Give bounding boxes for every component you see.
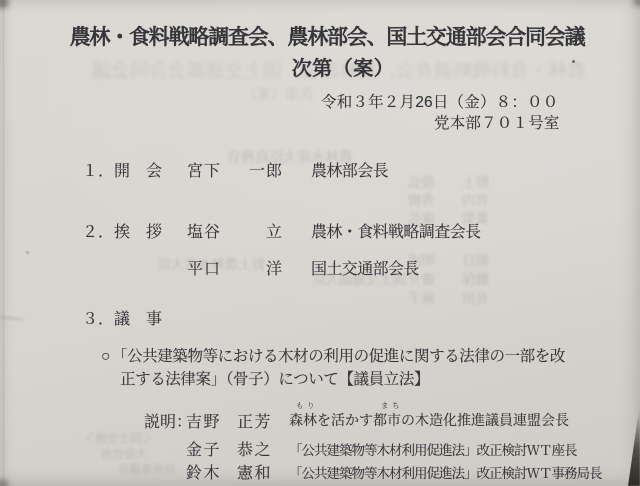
speaker-surname: 金子: [186, 437, 221, 460]
speaker-given-name: 恭之: [237, 437, 272, 460]
speaker-role: 「公共建築物等木材利用促進法」改正検討ＷＴ座長: [289, 439, 577, 459]
speaker-row-1: 説明： 吉野 正芳 森林を活かす都市の木造化推進議員連盟会長: [0, 409, 640, 431]
photo-corner-shadow: [0, 480, 8, 486]
meeting-venue: 党本部７０１号室: [434, 111, 560, 133]
bleed-through-text: 宮内 秀樹: [408, 189, 489, 209]
speaker-role: 「公共建築物等木材利用促進法」改正検討ＷＴ事務局長: [289, 462, 602, 482]
ink-speck: [572, 60, 575, 63]
paper-edge-line: [3, 0, 4, 486]
photo-corner-shadow: [0, 0, 8, 8]
agenda-number-label: ３．議 事: [82, 306, 162, 329]
speaker-given-name: 憲和: [237, 460, 272, 483]
agenda-row-greetings-2: 平口 洋 国土交通部会長: [0, 256, 640, 278]
speaker-row-2: 金子 恭之 「公共建築物等木材利用促進法」改正検討ＷＴ座長: [0, 437, 640, 459]
speakers-label: 説明：: [144, 409, 192, 432]
agenda-row-greetings: ２．挨 拶 塩谷 立 農林・食料戦略調査会長: [0, 219, 640, 241]
meeting-datetime: 令和３年２月26日（金）８：００: [321, 90, 558, 112]
agenda-number-label: １．開 会: [82, 158, 162, 181]
attendee-given-name: 洋: [233, 256, 283, 279]
attendee-role: 国土交通部会長: [311, 256, 419, 279]
attendee-role: 農林部会長: [311, 158, 388, 181]
speaker-given-name: 正芳: [237, 409, 272, 432]
motion-line-2: 正する法律案」（骨子）について【議員立法】: [120, 371, 429, 388]
agenda-row-proceedings: ３．議 事: [0, 306, 640, 328]
paper-speck: [26, 251, 29, 254]
attendee-surname: 塩谷: [187, 219, 221, 242]
attendee-role: 農林・食料戦略調査会長: [311, 219, 480, 242]
circle-bullet-icon: ○: [101, 348, 110, 365]
motion-item: ○「公共建築物等における木材の利用の促進に関する法律の一部を改 正する法律案」（…: [101, 345, 632, 391]
document-title: 農林・食料戦略調査会、農林部会、国土交通部会合同会議: [0, 21, 640, 51]
attendee-surname: 平口: [187, 256, 221, 279]
attendee-surname: 宮下: [187, 158, 221, 181]
attendee-given-name: 立: [233, 219, 283, 242]
bleed-through-text: 長田 麻子: [408, 287, 489, 307]
speaker-surname: 鈴木: [186, 460, 221, 483]
agenda-number-label: ２．挨 拶: [82, 219, 162, 242]
photo-corner-shadow: [634, 0, 640, 6]
speaker-surname: 吉野: [186, 409, 221, 432]
speaker-role: 森林を活かす都市の木造化推進議員連盟会長: [289, 410, 569, 430]
speaker-row-3: 鈴木 憲和 「公共建築物等木材利用促進法」改正検討ＷＴ事務局長: [0, 460, 640, 482]
agenda-document-photo: 農林・食料戦略調査会、農林部会、国土交通部会合同会議 次第（案） 農林水産大臣政…: [0, 0, 640, 486]
motion-line-1: 「公共建築物等における木材の利用の促進に関する法律の一部を改: [112, 348, 565, 365]
agenda-row-opening: １．開 会 宮下 一郎 農林部会長: [0, 158, 640, 180]
bleed-through-text: 次第（案）: [243, 84, 313, 104]
document-subtitle: 次第（案）: [0, 52, 640, 81]
attendee-given-name: 一郎: [233, 158, 283, 181]
